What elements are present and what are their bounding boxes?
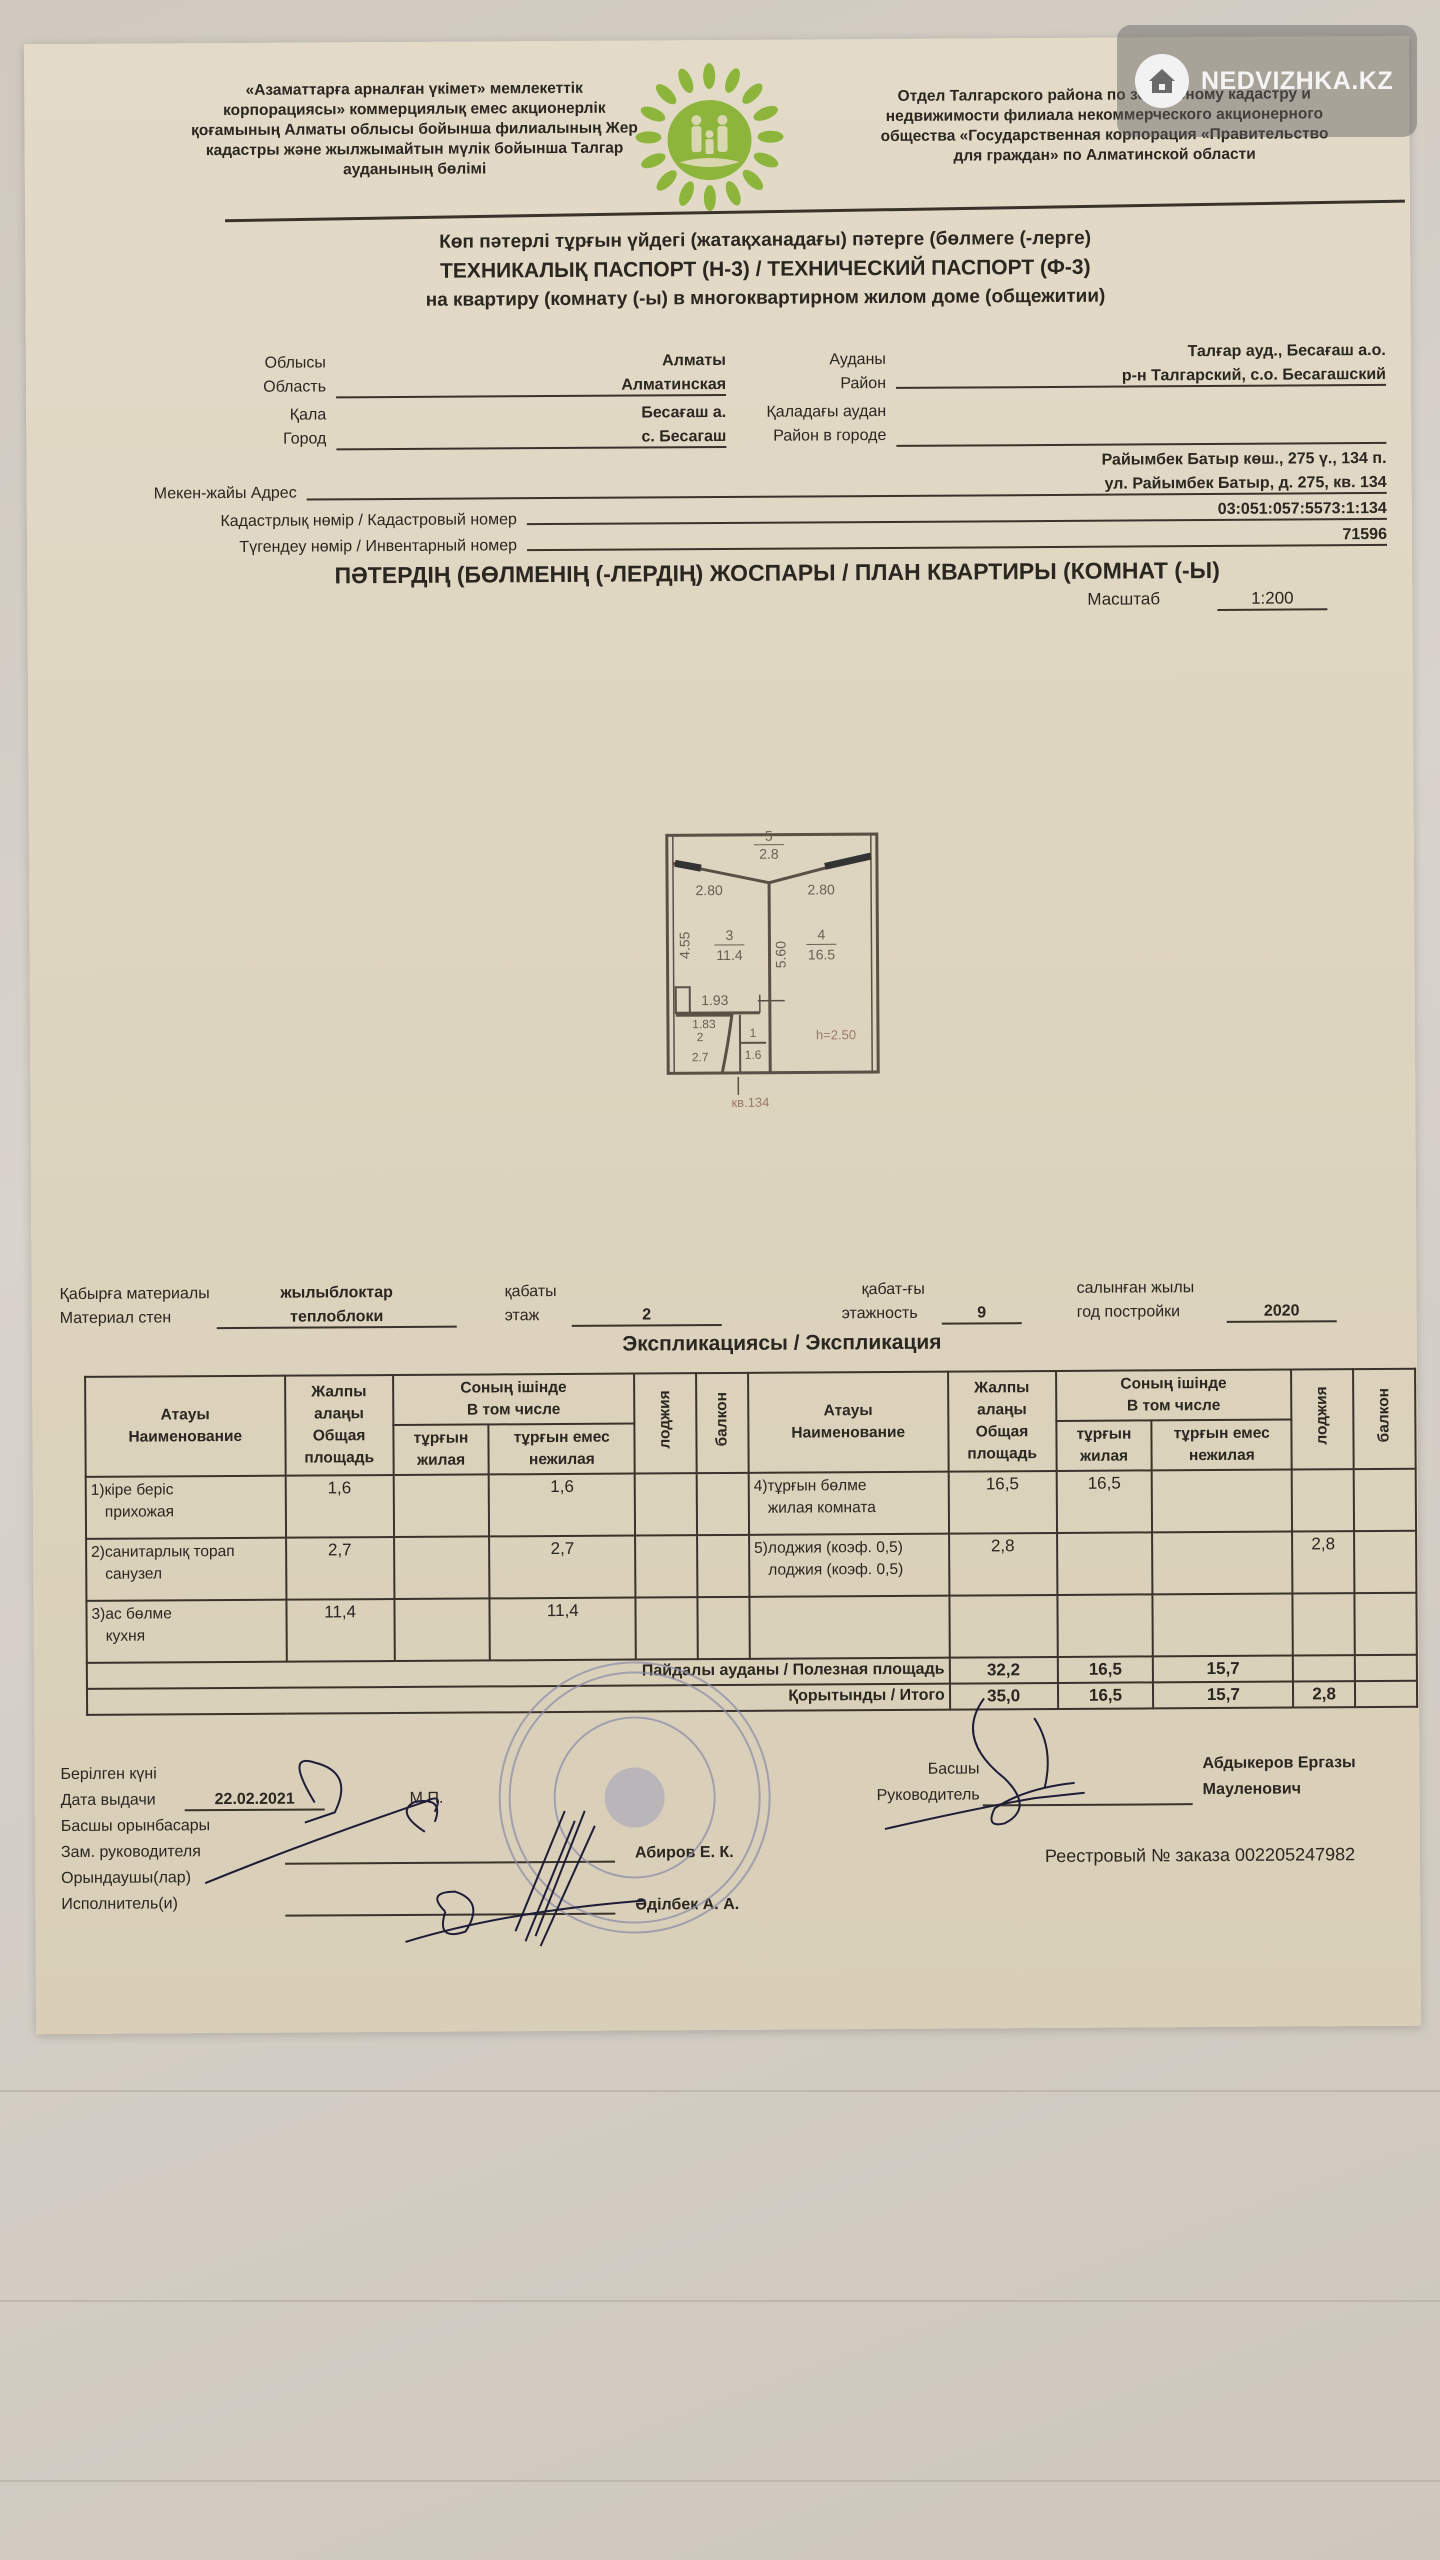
room-nonliving-cell: 2,7 bbox=[490, 1536, 636, 1599]
year-label-kz: салынған жылы bbox=[1077, 1279, 1195, 1298]
room-nonliving-cell bbox=[1153, 1594, 1293, 1657]
plan-title: ПӘТЕРДІҢ (БӨЛМЕНІҢ (-ЛЕРДІҢ) ЖОСПАРЫ / П… bbox=[197, 556, 1357, 590]
useful-area-loggia bbox=[1293, 1655, 1355, 1681]
col-nonliving-header: тұрғын емеснежилая bbox=[489, 1424, 635, 1475]
deputy-label-ru: Зам. руководителя bbox=[61, 1839, 201, 1866]
room-name-ru bbox=[754, 1599, 944, 1600]
scale-label: Масштаб bbox=[1087, 589, 1160, 609]
room-name-cell: 4)тұрғын бөлмежилая комната bbox=[749, 1472, 949, 1535]
issue-date-label-ru: Дата выдачи bbox=[61, 1787, 156, 1814]
city-district-value bbox=[896, 422, 1386, 447]
room-loggia-cell bbox=[1292, 1469, 1354, 1531]
district-value-ru: р-н Талгарский, с.о. Бесагашский bbox=[896, 366, 1386, 389]
room-balcony-cell bbox=[1354, 1469, 1416, 1531]
room-name-kz: 2)санитарлық торап bbox=[91, 1543, 235, 1561]
district-value-kz: Талғар ауд., Бесағаш а.о. bbox=[896, 342, 1386, 363]
col-loggia-header: лоджия bbox=[634, 1373, 696, 1473]
floor-label-ru: этаж bbox=[505, 1307, 540, 1325]
room-loggia-cell: 2,8 bbox=[1292, 1531, 1354, 1593]
cadastral-value: 03:051:057:5573:1:134 bbox=[527, 500, 1387, 525]
executor-label-ru: Исполнитель(и) bbox=[61, 1891, 178, 1918]
room-living-cell bbox=[394, 1536, 490, 1599]
room-3-area: 11.4 bbox=[716, 947, 743, 963]
scale-value: 1:200 bbox=[1217, 588, 1327, 611]
dim-top-left: 2.80 bbox=[695, 882, 723, 898]
city-value-kz: Бесағаш а. bbox=[336, 404, 726, 424]
doc-title-ru: на квартиру (комнату (-ы) в многоквартир… bbox=[225, 284, 1305, 313]
dim-mid: 5.60 bbox=[772, 941, 788, 969]
room-living-cell bbox=[1057, 1532, 1153, 1595]
room-5-number: 5 bbox=[765, 828, 773, 844]
room-loggia-cell bbox=[1293, 1593, 1355, 1655]
address-label: Мекен-жайы Адрес bbox=[47, 485, 297, 505]
col-loggia-header-2: лоджия bbox=[1291, 1369, 1353, 1469]
col-incl-header-2: Соның ішіндеВ том числе bbox=[1056, 1370, 1292, 1421]
room-2-number: 2 bbox=[697, 1030, 704, 1044]
city-district-label-ru: Район в городе bbox=[736, 427, 886, 446]
issue-date-label-kz: Берілген күні bbox=[60, 1761, 156, 1788]
dim-top-right: 2.80 bbox=[807, 881, 835, 897]
col-nonliving-header-2: тұрғын емеснежилая bbox=[1152, 1420, 1292, 1471]
room-living-cell bbox=[393, 1474, 489, 1537]
wall-material-label-ru: Материал стен bbox=[60, 1309, 172, 1328]
floor-value: 2 bbox=[572, 1306, 722, 1327]
room-name-ru: санузел bbox=[91, 1563, 281, 1586]
room-4-number: 4 bbox=[817, 926, 825, 942]
cadastral-label: Кадастрлық нөмір / Кадастровый номер bbox=[47, 511, 517, 532]
dim-left: 4.55 bbox=[676, 931, 692, 959]
city-label-ru: Город bbox=[106, 430, 326, 449]
room-name-cell: 5)лоджия (коэф. 0,5)лоджия (коэф. 0,5) bbox=[749, 1534, 949, 1597]
wall-material-value-kz: жылыблоктар bbox=[217, 1284, 457, 1303]
col-balcony-header: балкон bbox=[696, 1373, 749, 1473]
district-label-ru: Район bbox=[736, 375, 886, 394]
grand-total-balcony bbox=[1355, 1681, 1417, 1707]
room-living-cell: 16,5 bbox=[1056, 1470, 1152, 1533]
year-value: 2020 bbox=[1227, 1302, 1337, 1323]
explication-title: Экспликациясы / Экспликация bbox=[232, 1328, 1332, 1359]
col-incl-header: Соның ішіндеВ том числе bbox=[393, 1374, 635, 1425]
room-nonliving-cell: 1,6 bbox=[489, 1474, 635, 1537]
room-3-number: 3 bbox=[725, 927, 733, 943]
room-balcony-cell bbox=[1354, 1593, 1416, 1655]
room-name-kz: 3)ас бөлме bbox=[91, 1605, 171, 1622]
room-loggia-cell bbox=[635, 1473, 697, 1535]
table-header-row: АтауыНаименование ЖалпыалаңыОбщаяплощадь… bbox=[85, 1369, 1415, 1427]
address-value-kz: Райымбек Батыр көш., 275 ү., 134 п. bbox=[726, 450, 1386, 472]
col-total-header-2: ЖалпыалаңыОбщаяплощадь bbox=[948, 1371, 1056, 1472]
room-nonliving-cell bbox=[1152, 1532, 1292, 1595]
city-value-ru: с. Бесагаш bbox=[336, 428, 726, 450]
room-name-ru: прихожая bbox=[91, 1501, 281, 1524]
house-icon bbox=[1135, 54, 1189, 108]
floor-label-kz: қабаты bbox=[505, 1283, 557, 1301]
col-balcony-header-2: балкон bbox=[1353, 1369, 1416, 1469]
oblast-value-kz: Алматы bbox=[336, 352, 726, 372]
table-row: 1)кіре берісприхожая1,61,64)тұрғын бөлме… bbox=[86, 1469, 1416, 1539]
table-row: 2)санитарлық торапсанузел2,72,75)лоджия … bbox=[86, 1531, 1416, 1601]
room-balcony-cell bbox=[1354, 1531, 1416, 1593]
issuer-kz-line: ауданының бөлімі bbox=[145, 158, 685, 181]
room-loggia-cell bbox=[635, 1535, 697, 1597]
sun-family-logo-icon bbox=[634, 62, 785, 213]
room-5-area: 2.8 bbox=[759, 846, 779, 862]
room-living-cell bbox=[394, 1598, 490, 1661]
col-name-header-2: АтауыНаименование bbox=[748, 1372, 948, 1473]
signature-scribbles-icon bbox=[184, 1740, 745, 1963]
col-living-header: тұрғынжилая bbox=[393, 1424, 489, 1475]
room-name-cell: 2)санитарлық торапсанузел bbox=[86, 1538, 286, 1601]
oblast-label-ru: Область bbox=[106, 378, 326, 397]
room-1-number: 1 bbox=[750, 1026, 757, 1040]
col-living-header-2: тұрғынжилая bbox=[1056, 1420, 1152, 1471]
oblast-value-ru: Алматинская bbox=[336, 376, 726, 398]
floors-count-label-ru: этажность bbox=[842, 1305, 918, 1323]
col-name-header: АтауыНаименование bbox=[85, 1376, 285, 1477]
room-name-ru: лоджия (коэф. 0,5) bbox=[754, 1559, 944, 1582]
room-2-area: 2.7 bbox=[692, 1050, 709, 1064]
room-balcony-cell bbox=[697, 1473, 749, 1535]
grand-total-loggia: 2,8 bbox=[1293, 1681, 1355, 1707]
room-1-area: 1.6 bbox=[745, 1048, 762, 1062]
watermark-brand: NEDVIZHKA.KZ bbox=[1201, 67, 1393, 96]
dim-bath: 1.83 bbox=[692, 1017, 716, 1031]
dim-hall: 1.93 bbox=[701, 992, 729, 1008]
header-divider bbox=[225, 200, 1405, 223]
room-total-cell: 1,6 bbox=[285, 1475, 393, 1538]
issuer-kz: «Азаматтарға арналған үкімет» мемлекетті… bbox=[144, 78, 685, 181]
room-living-cell bbox=[1057, 1594, 1153, 1657]
district-label-kz: Ауданы bbox=[736, 351, 886, 370]
room-name-ru: жилая комната bbox=[754, 1497, 944, 1520]
room-balcony-cell bbox=[697, 1597, 749, 1659]
doc-title-main: ТЕХНИКАЛЫҚ ПАСПОРТ (Н-3) / ТЕХНИЧЕСКИЙ П… bbox=[225, 254, 1305, 285]
room-total-cell: 2,8 bbox=[949, 1533, 1057, 1596]
room-name-cell bbox=[749, 1596, 949, 1659]
room-name-cell: 1)кіре берісприхожая bbox=[86, 1476, 286, 1539]
inventory-label: Түгендеу нөмір / Инвентарный номер bbox=[47, 537, 517, 558]
wall-material-value-ru: теплоблоки bbox=[217, 1308, 457, 1329]
room-name-kz: 5)лоджия (коэф. 0,5) bbox=[754, 1539, 903, 1557]
watermark-badge: NEDVIZHKA.KZ bbox=[1117, 25, 1417, 137]
useful-area-balcony bbox=[1355, 1655, 1417, 1681]
address-value-ru: ул. Райымбек Батыр, д. 275, кв. 134 bbox=[307, 474, 1387, 501]
apartment-label: кв.134 bbox=[731, 1095, 769, 1110]
floors-count-label-kz: қабат-ғы bbox=[862, 1281, 925, 1299]
room-name-kz: 4)тұрғын бөлме bbox=[754, 1477, 867, 1495]
room-name-ru: кухня bbox=[92, 1625, 282, 1648]
year-label-ru: год постройки bbox=[1077, 1303, 1180, 1322]
oblast-label-kz: Облысы bbox=[106, 354, 326, 373]
technical-passport-document: «Азаматтарға арналған үкімет» мемлекетті… bbox=[24, 36, 1421, 2034]
room-total-cell: 11,4 bbox=[286, 1599, 394, 1662]
room-name-cell: 3)ас бөлмекухня bbox=[86, 1600, 286, 1663]
registry-number: Реестровый № заказа 002205247982 bbox=[1045, 1844, 1355, 1867]
room-4-area: 16.5 bbox=[808, 946, 836, 962]
room-total-cell: 16,5 bbox=[948, 1471, 1056, 1534]
wall-material-label-kz: Қабырға материалы bbox=[60, 1285, 210, 1304]
room-nonliving-cell bbox=[1152, 1470, 1292, 1533]
room-loggia-cell bbox=[636, 1597, 698, 1659]
doc-title-kz: Көп пәтерлі тұрғын үйдегі (жатақханадағы… bbox=[225, 226, 1305, 255]
head-signature-icon bbox=[884, 1677, 1225, 1839]
executor-label-kz: Орындаушы(лар) bbox=[61, 1865, 191, 1892]
inventory-value: 71596 bbox=[527, 526, 1387, 551]
room-total-cell: 2,7 bbox=[286, 1537, 394, 1600]
floor-plan-diagram: 5 2.8 2.80 2.80 3 11.4 4 16.5 4.55 5.60 … bbox=[639, 814, 961, 1116]
room-total-cell bbox=[949, 1595, 1057, 1658]
city-district-label-kz: Қаладағы аудан bbox=[736, 403, 886, 422]
issuer-kz-line: кадастры және жылжымайтын мүлік бойынша … bbox=[145, 138, 685, 161]
room-balcony-cell bbox=[697, 1535, 749, 1597]
head-name-line1: Абдыкеров Ергазы bbox=[1202, 1754, 1355, 1773]
room-name-kz: 1)кіре беріс bbox=[91, 1481, 174, 1499]
room-nonliving-cell: 11,4 bbox=[490, 1598, 636, 1661]
city-label-kz: Қала bbox=[106, 406, 326, 425]
ceiling-height: h=2.50 bbox=[816, 1027, 856, 1042]
col-total-header: ЖалпыалаңыОбщаяплощадь bbox=[285, 1375, 393, 1476]
floors-count-value: 9 bbox=[942, 1304, 1022, 1324]
issuer-ru-line: для граждан» по Алматинской области bbox=[825, 144, 1385, 167]
